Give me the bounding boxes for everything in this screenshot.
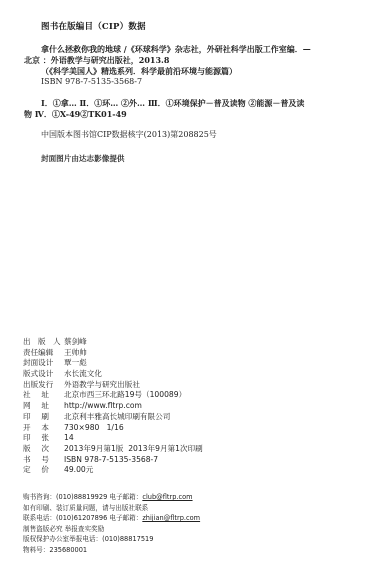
- imprint-value: 14: [64, 433, 74, 444]
- imprint-label: 网 址: [23, 401, 49, 412]
- imprint-label: 书 号: [23, 455, 49, 466]
- imprint-row-printer: 印 刷 北京利丰雅高长城印刷有限公司: [23, 412, 203, 423]
- rights-office-phone: 版权保护办公室举报电话：(010)88817519: [23, 534, 200, 545]
- imprint-label: 封面设计: [23, 358, 64, 369]
- imprint-label: 出版发行: [23, 380, 64, 391]
- imprint-label: 定 价: [23, 465, 49, 476]
- purchase-email-link[interactable]: club@fltrp.com: [142, 493, 192, 501]
- imprint-label-char: 印: [23, 433, 31, 444]
- imprint-label-char: 址: [41, 390, 49, 401]
- imprint-label-char: 价: [41, 465, 49, 476]
- website-link[interactable]: http://www.fltrp.com: [64, 401, 142, 412]
- contact-row-phone: 联系电话：(010)61207896 电子邮箱：zhijian@fltrp.co…: [23, 513, 200, 524]
- imprint-label: 版式设计: [23, 369, 64, 380]
- contact-row-purchase: 购书咨询：(010)88819929 电子邮箱：club@fltrp.com: [23, 492, 200, 503]
- imprint-row-layout-design: 版式设计 水长流文化: [23, 369, 203, 380]
- cip-line-isbn: ISBN 978-7-5135-3568-7: [41, 77, 142, 86]
- imprint-label: 版 次: [23, 444, 49, 455]
- imprint-label-char: 本: [41, 423, 49, 434]
- cip-title: 图书在版编目（CIP）数据: [41, 20, 146, 32]
- imprint-value: ISBN 978-7-5135-3568-7: [64, 455, 158, 466]
- imprint-row-format: 开 本 730×980 1/16: [23, 423, 203, 434]
- imprint-label: 印 张: [23, 433, 49, 444]
- imprint-label-char: 网: [23, 401, 31, 412]
- imprint-label-char: 次: [41, 444, 49, 455]
- imprint-value: 730×980 1/16: [64, 423, 124, 434]
- imprint-row-editor: 责任编辑 王帅帅: [23, 348, 203, 359]
- imprint-label-char: 址: [41, 401, 49, 412]
- purchase-info: 购书咨询：(010)88819929 电子邮箱：: [23, 493, 142, 501]
- imprint-label-char: 张: [41, 433, 49, 444]
- imprint-row-sheets: 印 张 14: [23, 433, 203, 444]
- material-number: 物料号：235680001: [23, 545, 200, 556]
- imprint-value: 49.00元: [64, 465, 93, 476]
- contact-info: 联系电话：(010)61207896 电子邮箱：: [23, 514, 142, 522]
- imprint-row-cover-design: 封面设计 覃一彪: [23, 358, 203, 369]
- imprint-label-char: 印: [23, 412, 31, 423]
- imprint-row-address: 社 址 北京市西三环北路19号（100089）: [23, 390, 203, 401]
- imprint-value: 水长流文化: [64, 369, 102, 380]
- imprint-value: 蔡剑峰: [64, 337, 87, 348]
- imprint-value: 北京市西三环北路19号（100089）: [64, 390, 186, 401]
- imprint-label: 出 版 人: [23, 337, 64, 348]
- imprint-row-edition: 版 次 2013年9月第1版 2013年9月第1次印刷: [23, 444, 203, 455]
- contact-block: 购书咨询：(010)88819929 电子邮箱：club@fltrp.com 如…: [23, 492, 200, 555]
- cover-credit: 封面图片由达志影像提供: [41, 153, 125, 164]
- cip-line-classification-cont: 物 Ⅳ．①X-49②TK01-49: [24, 109, 127, 120]
- cip-line-verification: 中国版本图书馆CIP数据核字(2013)第208825号: [41, 129, 217, 140]
- imprint-row-website: 网 址 http://www.fltrp.com: [23, 401, 203, 412]
- piracy-note: 制售盗版必究 举报查实奖励: [23, 524, 200, 535]
- cip-line-series: （《科学美国人》精选系列．科学最前沿环境与能源篇）: [41, 66, 237, 77]
- imprint-label: 社 址: [23, 390, 49, 401]
- imprint-row-isbn: 书 号 ISBN 978-7-5135-3568-7: [23, 455, 203, 466]
- quality-note: 如有印刷、装订质量问题，请与出版社联系: [23, 503, 200, 514]
- imprint-label-char: 刷: [41, 412, 49, 423]
- imprint-label: 责任编辑: [23, 348, 64, 359]
- imprint-label-char: 社: [23, 390, 31, 401]
- imprint-row-distribution: 出版发行 外语教学与研究出版社: [23, 380, 203, 391]
- imprint-label-char: 开: [23, 423, 31, 434]
- imprint-row-publisher: 出 版 人 蔡剑峰: [23, 337, 203, 348]
- imprint-value: 外语教学与研究出版社: [64, 380, 140, 391]
- imprint-value: 北京利丰雅高长城印刷有限公司: [64, 412, 170, 423]
- imprint-value: 王帅帅: [64, 348, 87, 359]
- imprint-label-char: 版: [23, 444, 31, 455]
- imprint-block: 出 版 人 蔡剑峰 责任编辑 王帅帅 封面设计 覃一彪 版式设计 水长流文化 出…: [23, 337, 203, 476]
- imprint-label: 印 刷: [23, 412, 49, 423]
- cip-line-publisher: 北京 ：外语教学与研究出版社，2013.8: [24, 55, 169, 66]
- cip-line-title-editor: 拿什么拯救你我的地球 /《环球科学》杂志社，外研社科学出版工作室编．—: [41, 44, 311, 55]
- cip-line-classification: Ⅰ．①拿… Ⅱ．①环… ②外… Ⅲ．①环境保护－普及读物 ②能源－普及读: [41, 98, 304, 109]
- imprint-label-char: 定: [23, 465, 31, 476]
- imprint-label: 开 本: [23, 423, 49, 434]
- imprint-label-char: 号: [41, 455, 49, 466]
- imprint-row-price: 定 价 49.00元: [23, 465, 203, 476]
- contact-email-link[interactable]: zhijian@fltrp.com: [142, 514, 200, 522]
- imprint-value: 覃一彪: [64, 358, 87, 369]
- imprint-value: 2013年9月第1版 2013年9月第1次印刷: [64, 444, 203, 455]
- imprint-label-char: 书: [23, 455, 31, 466]
